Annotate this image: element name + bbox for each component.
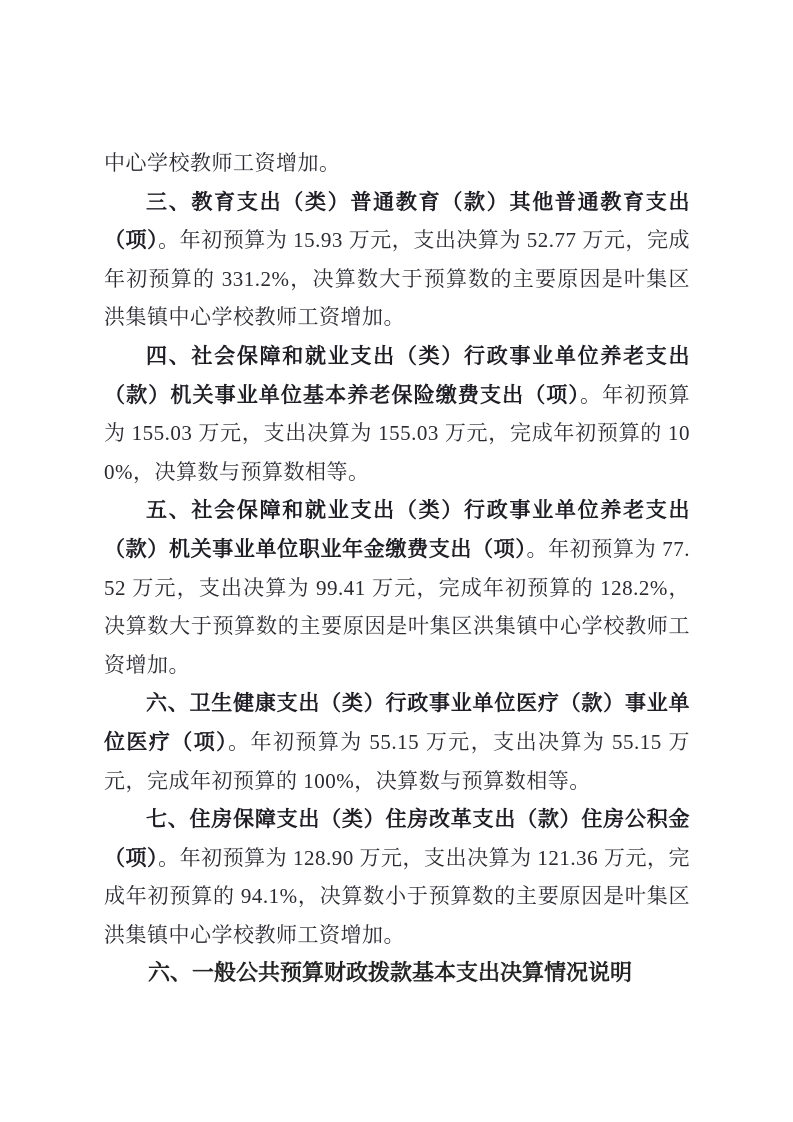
paragraph-body: 。年初预算为 15.93 万元，支出决算为 52.77 万元，完成年初预算的 3… — [104, 228, 690, 329]
paragraph-body: 。年初预算为 128.90 万元，支出决算为 121.36 万元，完成年初预算的… — [104, 846, 690, 947]
document-page: 中心学校教师工资增加。 三、教育支出（类）普通教育（款）其他普通教育支出（项）。… — [104, 144, 690, 993]
paragraph-item-housing: 七、住房保障支出（类）住房改革支出（款）住房公积金（项）。年初预算为 128.9… — [104, 800, 690, 954]
paragraph-continuation: 中心学校教师工资增加。 — [104, 144, 690, 183]
paragraph-item-pension-basic: 四、社会保障和就业支出（类）行政事业单位养老支出（款）机关事业单位基本养老保险缴… — [104, 337, 690, 491]
paragraph-body: 中心学校教师工资增加。 — [104, 151, 341, 175]
paragraph-item-pension-annuity: 五、社会保障和就业支出（类）行政事业单位养老支出（款）机关事业单位职业年金缴费支… — [104, 491, 690, 684]
paragraph-item-education: 三、教育支出（类）普通教育（款）其他普通教育支出（项）。年初预算为 15.93 … — [104, 183, 690, 337]
section-heading: 六、一般公共预算财政拨款基本支出决算情况说明 — [104, 954, 690, 993]
paragraph-item-health: 六、卫生健康支出（类）行政事业单位医疗（款）事业单位医疗（项）。年初预算为 55… — [104, 684, 690, 800]
